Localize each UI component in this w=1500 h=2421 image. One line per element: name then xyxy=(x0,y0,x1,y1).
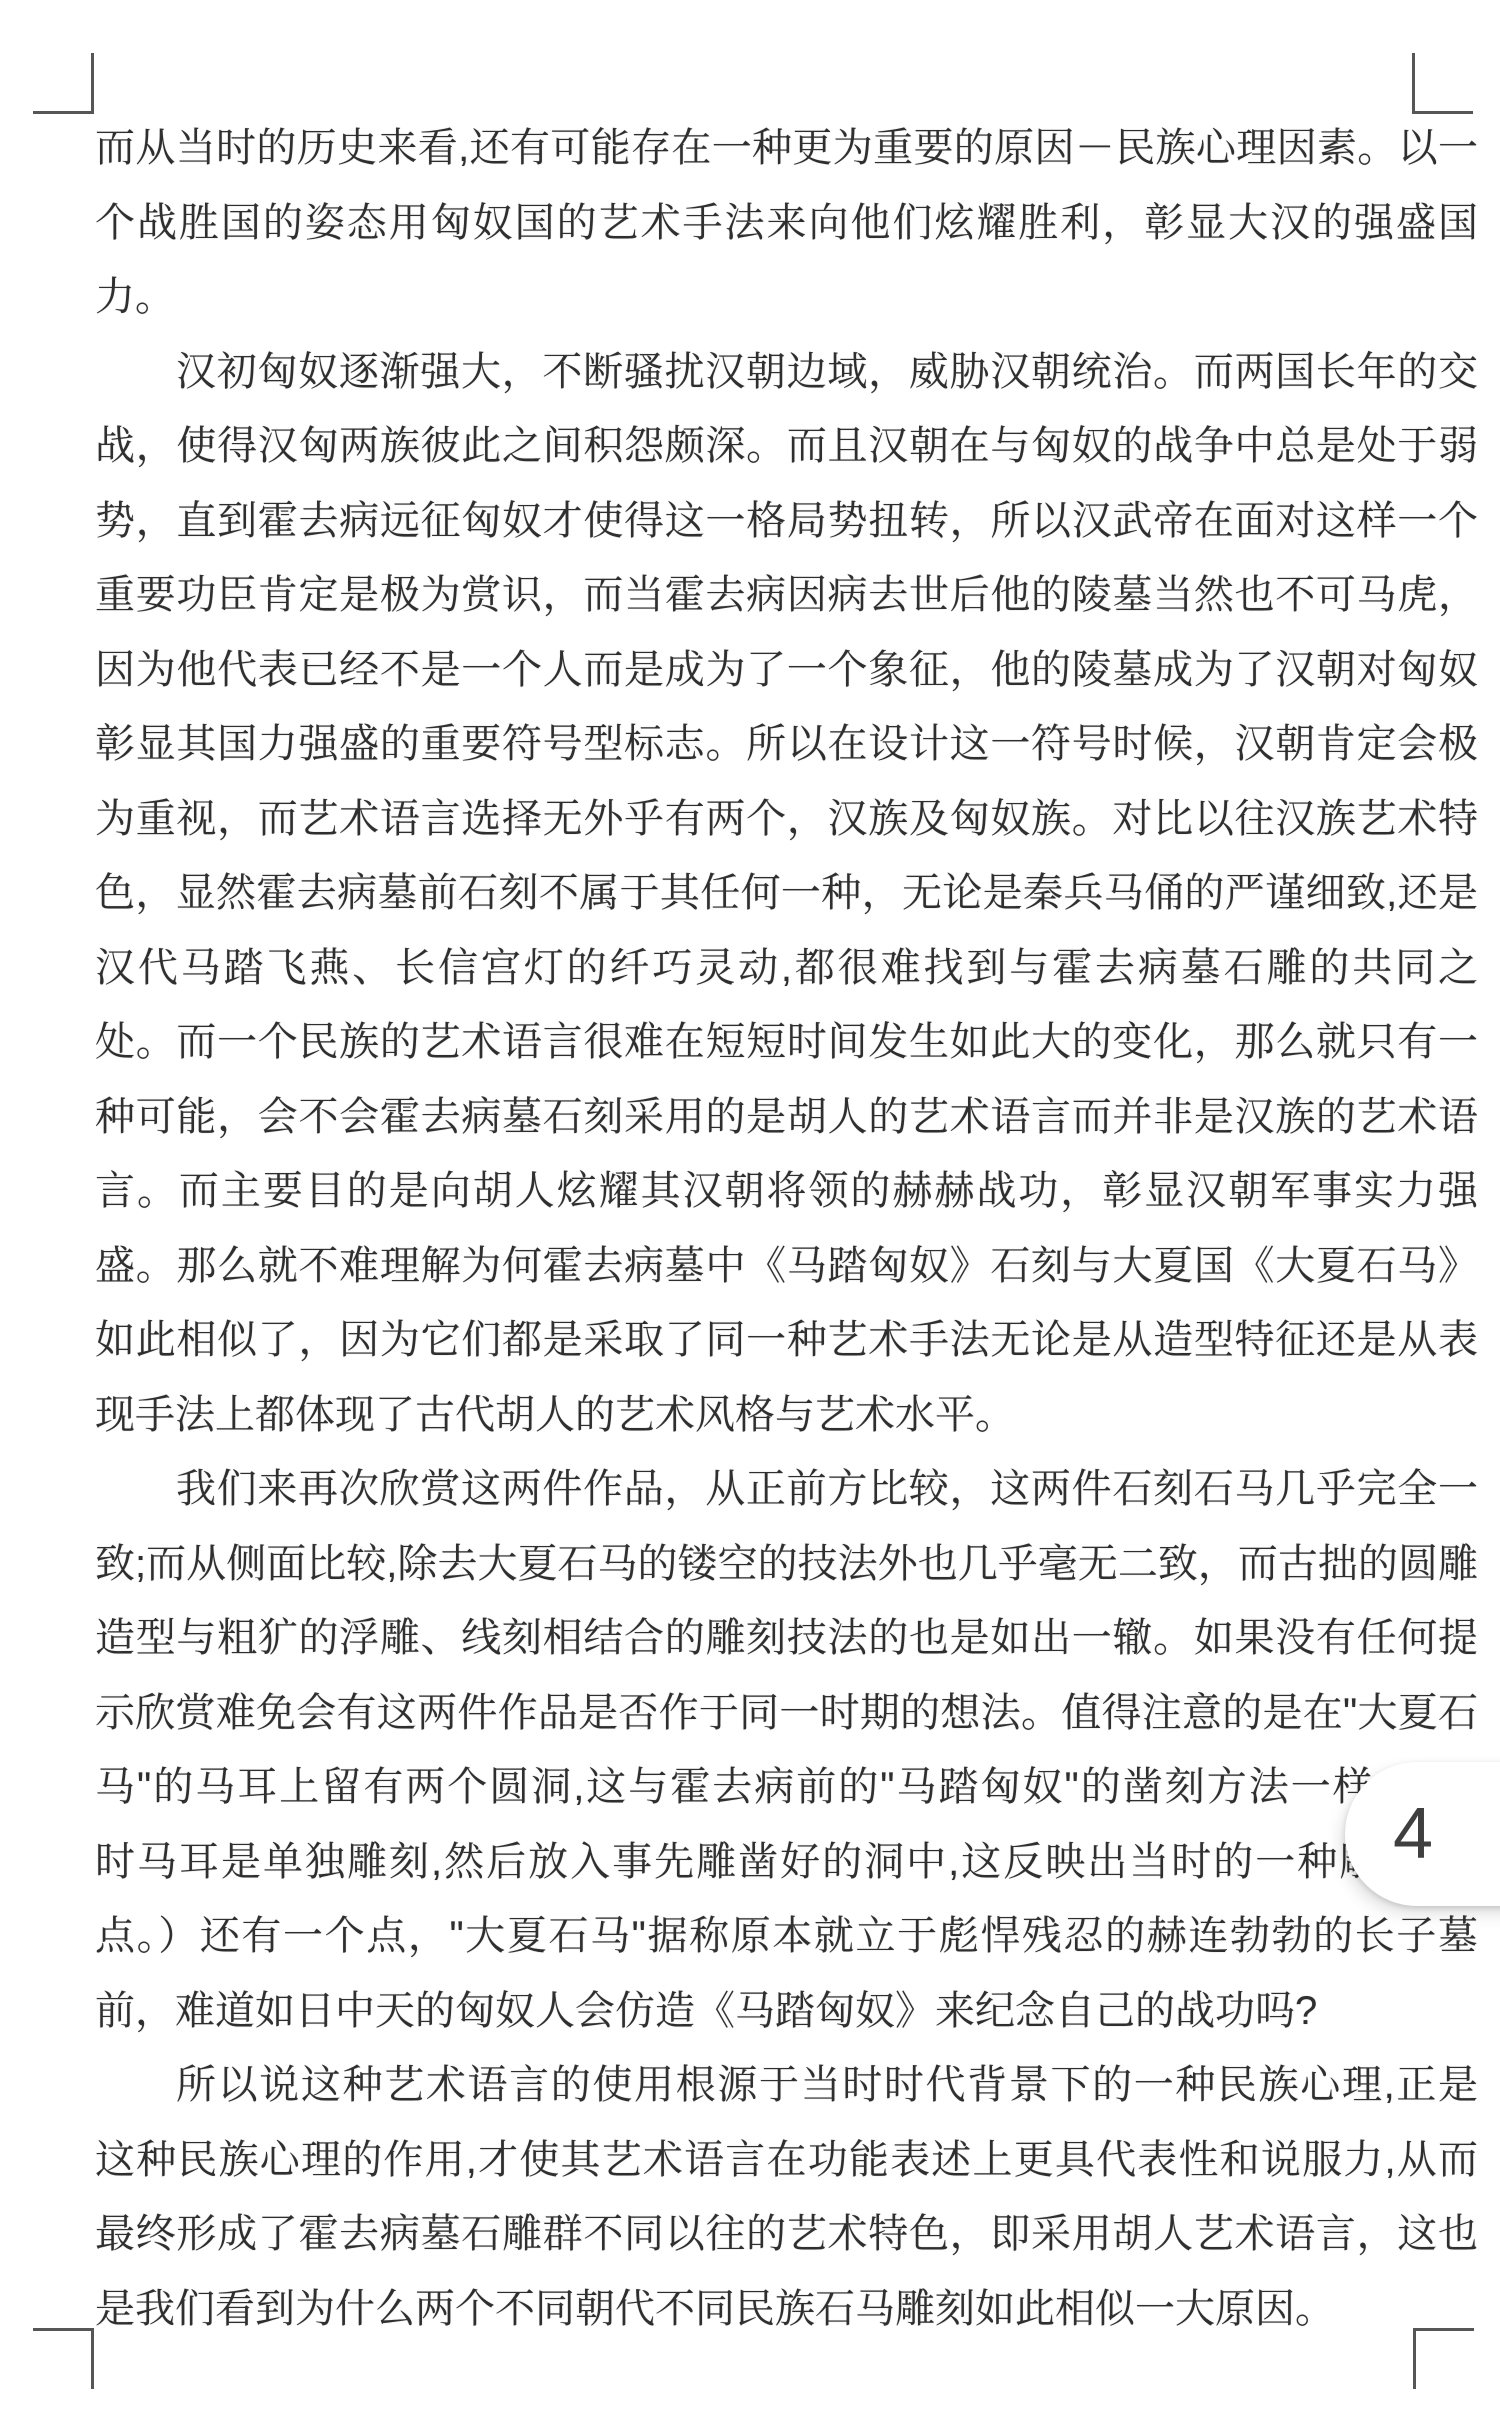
text-line: 势，直到霍去病远征匈奴才使得这一格局势扭转，所以汉武帝在面对这样一个 xyxy=(95,484,1478,559)
text-line: 造型与粗犷的浮雕、线刻相结合的雕刻技法的也是如出一辙。如果没有任何提 xyxy=(95,1601,1478,1676)
text-line: 汉初匈奴逐渐强大，不断骚扰汉朝边域，威胁汉朝统治。而两国长年的交 xyxy=(95,335,1478,410)
text-line: 这种民族心理的作用,才使其艺术语言在功能表述上更具代表性和说服力,从而 xyxy=(95,2123,1478,2198)
text-line: 而从当时的历史来看,还有可能存在一种更为重要的原因－民族心理因素。以一 xyxy=(95,111,1478,186)
text-line: 处。而一个民族的艺术语言很难在短短时间发生如此大的变化，那么就只有一 xyxy=(95,1005,1478,1080)
text-line: 致;而从侧面比较,除去大夏石马的镂空的技法外也几乎毫无二致，而古拙的圆雕 xyxy=(95,1527,1478,1602)
document-page: 而从当时的历史来看,还有可能存在一种更为重要的原因－民族心理因素。以一个战胜国的… xyxy=(0,0,1500,2421)
page-number-badge: 4 xyxy=(1345,1762,1500,1906)
text-line: 我们来再次欣赏这两件作品，从正前方比较，这两件石刻石马几乎完全一 xyxy=(95,1452,1478,1527)
text-line: 前，难道如日中天的匈奴人会仿造《马踏匈奴》来纪念自己的战功吗? xyxy=(95,1974,1478,2049)
text-line: 色，显然霍去病墓前石刻不属于其任何一种，无论是秦兵马俑的严谨细致,还是 xyxy=(95,856,1478,931)
text-line: 个战胜国的姿态用匈奴国的艺术手法来向他们炫耀胜利，彰显大汉的强盛国 xyxy=(95,186,1478,261)
text-line: 种可能，会不会霍去病墓石刻采用的是胡人的艺术语言而并非是汉族的艺术语 xyxy=(95,1080,1478,1155)
text-line: 现手法上都体现了古代胡人的艺术风格与艺术水平。 xyxy=(95,1378,1478,1453)
text-line: 马"的马耳上留有两个圆洞,这与霍去病前的"马踏匈奴"的凿刻方法一样。（可能当 xyxy=(95,1750,1478,1825)
text-line: 时马耳是单独雕刻,然后放入事先雕凿好的洞中,这反映出当时的一种雕刻特 xyxy=(95,1825,1478,1900)
text-line: 力。 xyxy=(95,260,1478,335)
text-line: 战，使得汉匈两族彼此之间积怨颇深。而且汉朝在与匈奴的战争中总是处于弱 xyxy=(95,409,1478,484)
text-line: 点。）还有一个点，"大夏石马"据称原本就立于彪悍残忍的赫连勃勃的长子墓 xyxy=(95,1899,1478,1974)
text-line: 盛。那么就不难理解为何霍去病墓中《马踏匈奴》石刻与大夏国《大夏石马》 xyxy=(95,1229,1478,1304)
text-line: 汉代马踏飞燕、长信宫灯的纤巧灵动,都很难找到与霍去病墓石雕的共同之 xyxy=(95,931,1478,1006)
margin-mark-top-left-icon xyxy=(33,53,94,114)
text-line: 如此相似了，因为它们都是采取了同一种艺术手法无论是从造型特征还是从表 xyxy=(95,1303,1478,1378)
text-line: 彰显其国力强盛的重要符号型标志。所以在设计这一符号时候，汉朝肯定会极 xyxy=(95,707,1478,782)
text-line: 言。而主要目的是向胡人炫耀其汉朝将领的赫赫战功，彰显汉朝军事实力强 xyxy=(95,1154,1478,1229)
document-text: 而从当时的历史来看,还有可能存在一种更为重要的原因－民族心理因素。以一个战胜国的… xyxy=(95,111,1478,2346)
text-line: 为重视，而艺术语言选择无外乎有两个，汉族及匈奴族。对比以往汉族艺术特 xyxy=(95,782,1478,857)
text-line: 因为他代表已经不是一个人而是成为了一个象征，他的陵墓成为了汉朝对匈奴 xyxy=(95,633,1478,708)
text-line: 最终形成了霍去病墓石雕群不同以往的艺术特色，即采用胡人艺术语言，这也 xyxy=(95,2197,1478,2272)
margin-mark-top-right-icon xyxy=(1412,53,1473,114)
margin-mark-bottom-left-icon xyxy=(33,2328,94,2389)
page-number: 4 xyxy=(1393,1798,1433,1870)
text-line: 所以说这种艺术语言的使用根源于当时时代背景下的一种民族心理,正是 xyxy=(95,2048,1478,2123)
text-line: 示欣赏难免会有这两件作品是否作于同一时期的想法。值得注意的是在"大夏石 xyxy=(95,1676,1478,1751)
text-line: 是我们看到为什么两个不同朝代不同民族石马雕刻如此相似一大原因。 xyxy=(95,2272,1478,2347)
text-line: 重要功臣肯定是极为赏识，而当霍去病因病去世后他的陵墓当然也不可马虎， xyxy=(95,558,1478,633)
